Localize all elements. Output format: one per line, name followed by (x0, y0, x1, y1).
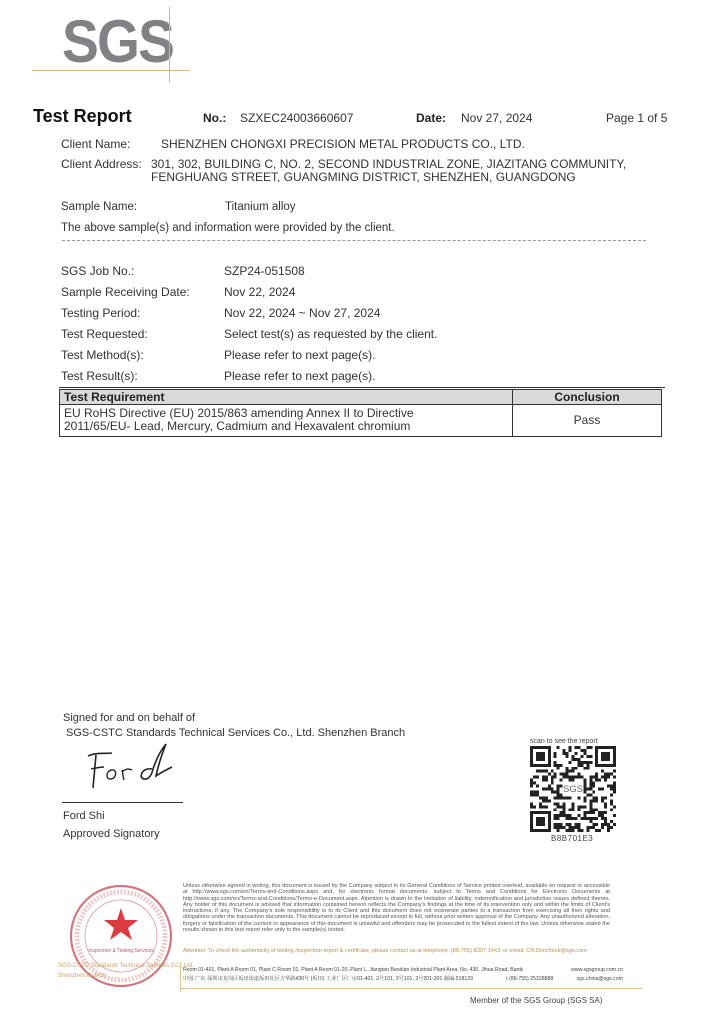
report-date-label: Date: (416, 111, 446, 125)
column-header-conclusion: Conclusion (513, 390, 662, 405)
detail-label: Sample Receiving Date: (61, 285, 190, 299)
signature-line (62, 802, 183, 803)
logo-accent-line-vertical (169, 7, 170, 82)
detail-label: Test Method(s): (61, 348, 144, 362)
report-date: Nov 27, 2024 (461, 111, 532, 125)
detail-label: Testing Period: (61, 306, 140, 320)
detail-value: Please refer to next page(s). (224, 348, 375, 362)
website-link[interactable]: www.sgsgroup.com.cn (571, 966, 623, 975)
sample-name-label: Sample Name: (61, 200, 137, 214)
footer-address: Room 01-401, Plant A Room 01, Plant C Ro… (183, 966, 623, 984)
signatory-role: Approved Signatory (63, 827, 160, 841)
detail-label: SGS Job No.: (61, 264, 134, 278)
dashed-separator (62, 240, 646, 241)
stamp-caption-line2: Shenzhen Branch (58, 973, 106, 979)
qr-caption: scan to see the report (530, 738, 598, 745)
authenticity-notice: Attention: To check the authenticity of … (183, 948, 613, 954)
logo-accent-line (32, 70, 190, 71)
signed-for-label: Signed for and on behalf of (63, 711, 195, 725)
detail-label: Test Result(s): (61, 369, 138, 383)
requirement-line: 2011/65/EU- Lead, Mercury, Cadmium and H… (64, 420, 508, 433)
phone-number: t (86-755) 25328888 (506, 975, 553, 984)
signing-company: SGS-CSTC Standards Technical Services Co… (66, 726, 405, 740)
sgs-group-member-note: Member of the SGS Group (SGS SA) (470, 996, 603, 1005)
client-address-line2: FENGHUANG STREET, GUANGMING DISTRICT, SH… (151, 170, 576, 184)
svg-text:SGS: SGS (563, 784, 583, 795)
solid-separator (59, 387, 665, 388)
conclusion-cell: Pass (513, 405, 662, 437)
sample-name: Titanium alloy (225, 200, 296, 214)
test-requirement-table: Test Requirement Conclusion EU RoHS Dire… (59, 389, 662, 437)
report-number-label: No.: (203, 111, 226, 125)
report-number: SZXEC24003660607 (240, 111, 353, 125)
client-address-line1: 301, 302, BUILDING C, NO. 2, SECOND INDU… (151, 157, 626, 171)
client-name: SHENZHEN CHONGXI PRECISION METAL PRODUCT… (161, 137, 525, 151)
sample-provided-note: The above sample(s) and information were… (61, 221, 395, 235)
detail-value: Nov 22, 2024 ~ Nov 27, 2024 (224, 306, 380, 320)
stamp-caption-line1: SGS-CSTC Standards Technical Services Co… (58, 963, 194, 969)
requirement-cell: EU RoHS Directive (EU) 2015/863 amending… (60, 405, 513, 437)
client-name-label: Client Name: (61, 137, 130, 151)
address-english: Room 01-401, Plant A Room 01, Plant C Ro… (183, 966, 523, 975)
table-header-row: Test Requirement Conclusion (60, 390, 662, 405)
qr-verification-code: B8B701E3 (551, 834, 593, 843)
address-chinese: 中国·广东·深圳市龙岗区坂田街道坂田社区吉华路430号 (坂田) 工业厂区厂房0… (183, 975, 483, 984)
sgs-logo: SGS (62, 6, 173, 78)
detail-value: Select test(s) as requested by the clien… (224, 327, 437, 341)
detail-value: Nov 22, 2024 (224, 285, 295, 299)
terms-fine-print: Unless otherwise agreed in writing, this… (183, 883, 610, 933)
client-address-label: Client Address: (61, 157, 142, 171)
footer-accent-line (180, 988, 642, 989)
detail-label: Test Requested: (61, 327, 148, 341)
company-seal-stamp: Inspection & Testing Services (62, 880, 180, 998)
signatory-name: Ford Shi (63, 809, 105, 823)
page-indicator: Page 1 of 5 (606, 111, 667, 125)
qr-code[interactable]: SGS (529, 746, 617, 832)
table-row: EU RoHS Directive (EU) 2015/863 amending… (60, 405, 662, 437)
detail-value: SZP24-051508 (224, 264, 305, 278)
svg-text:Inspection & Testing Services: Inspection & Testing Services (88, 948, 154, 954)
report-title: Test Report (33, 106, 132, 127)
column-header-requirement: Test Requirement (60, 390, 513, 405)
email-link[interactable]: sgs.china@sgs.com (576, 975, 623, 984)
star-icon (104, 908, 138, 940)
detail-value: Please refer to next page(s). (224, 369, 375, 383)
handwritten-signature (82, 742, 182, 794)
